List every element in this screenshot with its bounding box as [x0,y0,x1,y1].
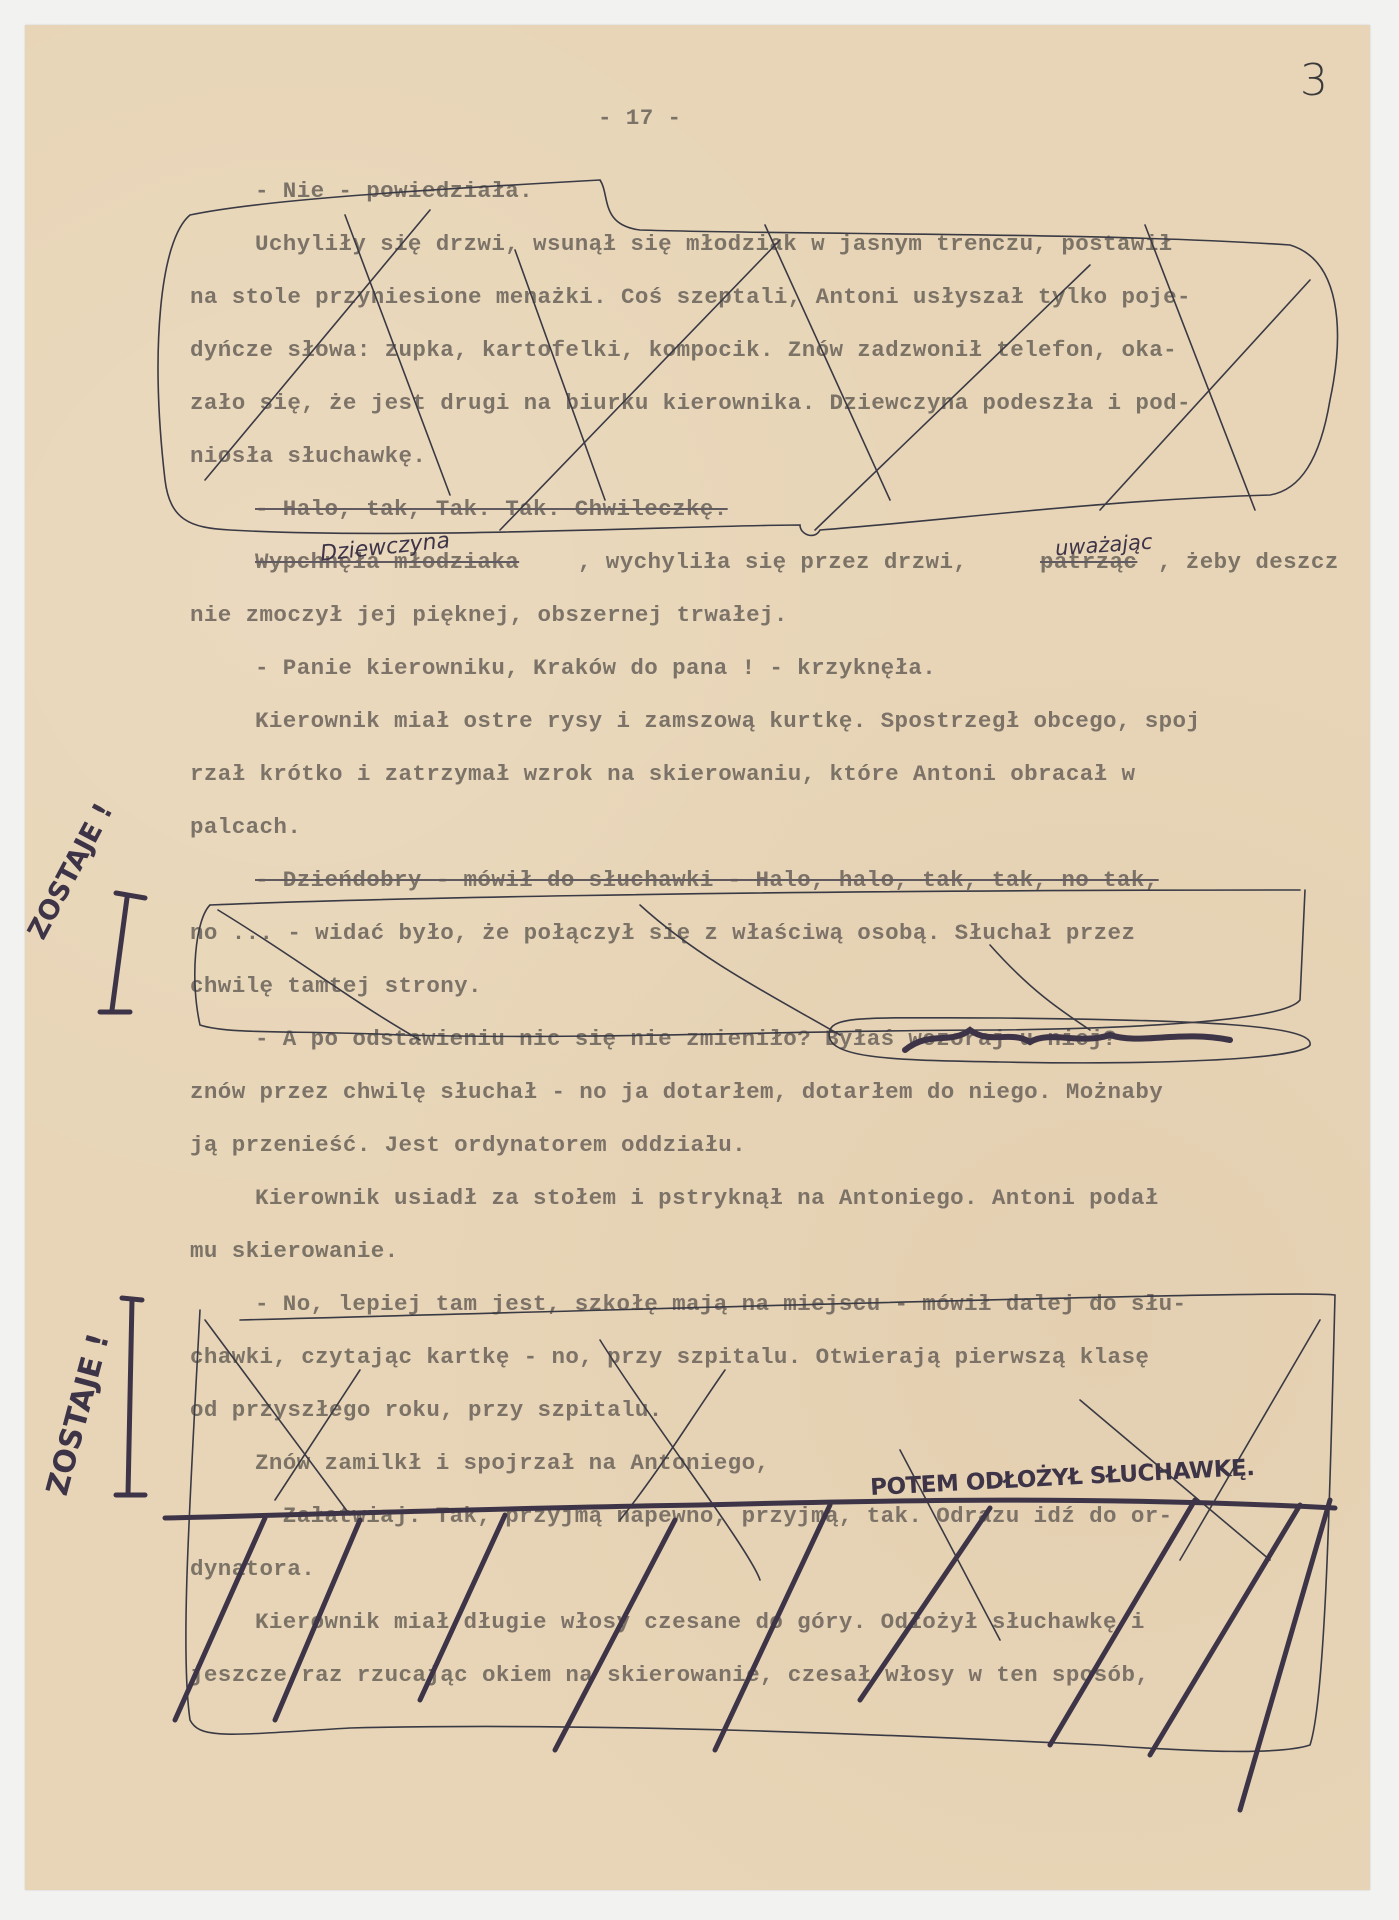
pen-markings [0,0,1399,1920]
